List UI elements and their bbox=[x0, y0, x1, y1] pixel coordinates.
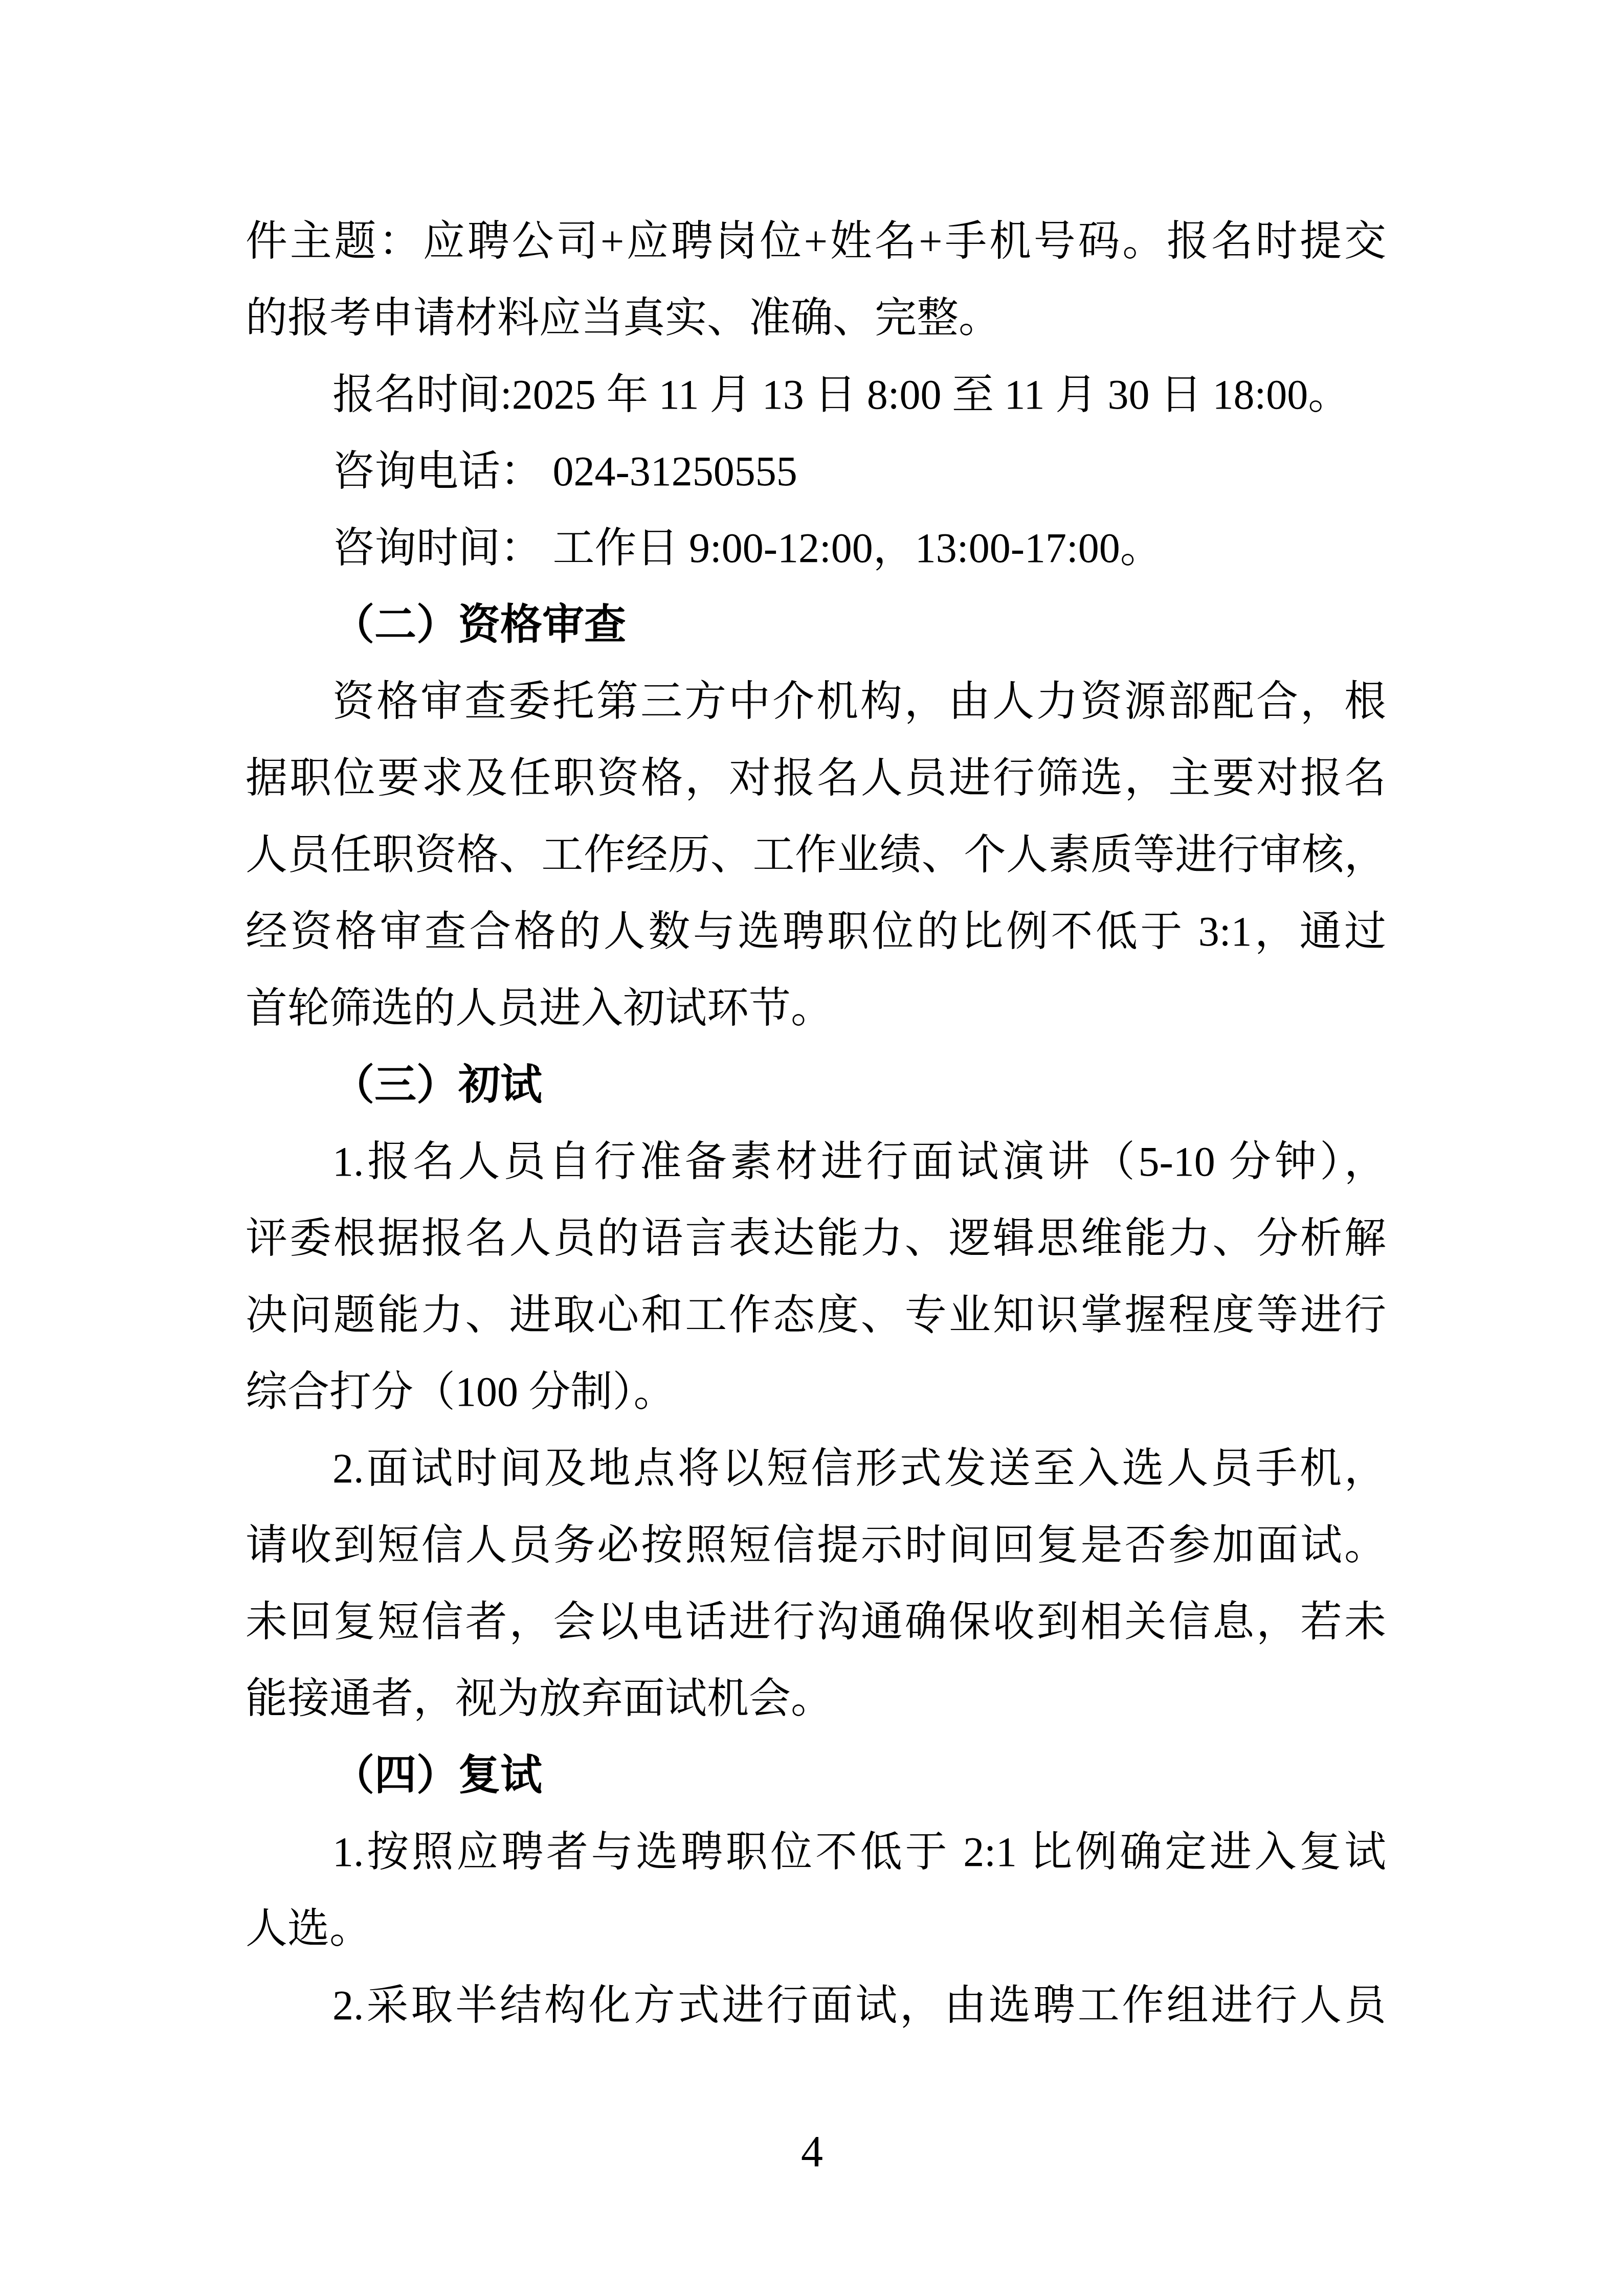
text-line: 2.采取半结构化方式进行面试，由选聘工作组进行人员 bbox=[246, 1967, 1386, 2044]
text-line: 咨询时间： 工作日 9:00-12:00，13:00-17:00。 bbox=[246, 510, 1386, 587]
text-line: 能接通者，视为放弃面试机会。 bbox=[246, 1660, 1386, 1737]
text-line: 人选。 bbox=[246, 1890, 1386, 1967]
text-line: 首轮筛选的人员进入初试环节。 bbox=[246, 970, 1386, 1047]
text-line: 据职位要求及任职资格，对报名人员进行筛选，主要对报名 bbox=[246, 740, 1386, 817]
text-line: 1.报名人员自行准备素材进行面试演讲（5-10 分钟）， bbox=[246, 1123, 1386, 1200]
text-line: 请收到短信人员务必按照短信提示时间回复是否参加面试。 bbox=[246, 1507, 1386, 1584]
text-line: 经资格审查合格的人数与选聘职位的比例不低于 3:1，通过 bbox=[246, 893, 1386, 970]
text-line: 的报考申请材料应当真实、准确、完整。 bbox=[246, 280, 1386, 356]
text-line: 咨询电话： 024-31250555 bbox=[246, 433, 1386, 510]
text-line: 人员任职资格、工作经历、工作业绩、个人素质等进行审核， bbox=[246, 817, 1386, 893]
section-heading: （四）复试 bbox=[246, 1737, 1386, 1814]
text-line: 评委根据报名人员的语言表达能力、逻辑思维能力、分析解 bbox=[246, 1200, 1386, 1277]
text-line: 决问题能力、进取心和工作态度、专业知识掌握程度等进行 bbox=[246, 1277, 1386, 1354]
text-line: 综合打分（100 分制）。 bbox=[246, 1354, 1386, 1430]
text-line: 2.面试时间及地点将以短信形式发送至入选人员手机， bbox=[246, 1430, 1386, 1507]
text-line: 1.按照应聘者与选聘职位不低于 2:1 比例确定进入复试 bbox=[246, 1814, 1386, 1890]
page-number: 4 bbox=[0, 2123, 1624, 2179]
section-heading: （二）资格审查 bbox=[246, 587, 1386, 663]
text-line: 未回复短信者，会以电话进行沟通确保收到相关信息，若未 bbox=[246, 1584, 1386, 1660]
text-line: 件主题：应聘公司+应聘岗位+姓名+手机号码。报名时提交 bbox=[246, 203, 1386, 280]
document-body: 件主题：应聘公司+应聘岗位+姓名+手机号码。报名时提交的报考申请材料应当真实、准… bbox=[246, 203, 1386, 2044]
document-page: 件主题：应聘公司+应聘岗位+姓名+手机号码。报名时提交的报考申请材料应当真实、准… bbox=[0, 0, 1624, 2296]
section-heading: （三）初试 bbox=[246, 1047, 1386, 1123]
text-line: 报名时间:2025 年 11 月 13 日 8:00 至 11 月 30 日 1… bbox=[246, 356, 1386, 433]
text-line: 资格审查委托第三方中介机构，由人力资源部配合，根 bbox=[246, 663, 1386, 740]
